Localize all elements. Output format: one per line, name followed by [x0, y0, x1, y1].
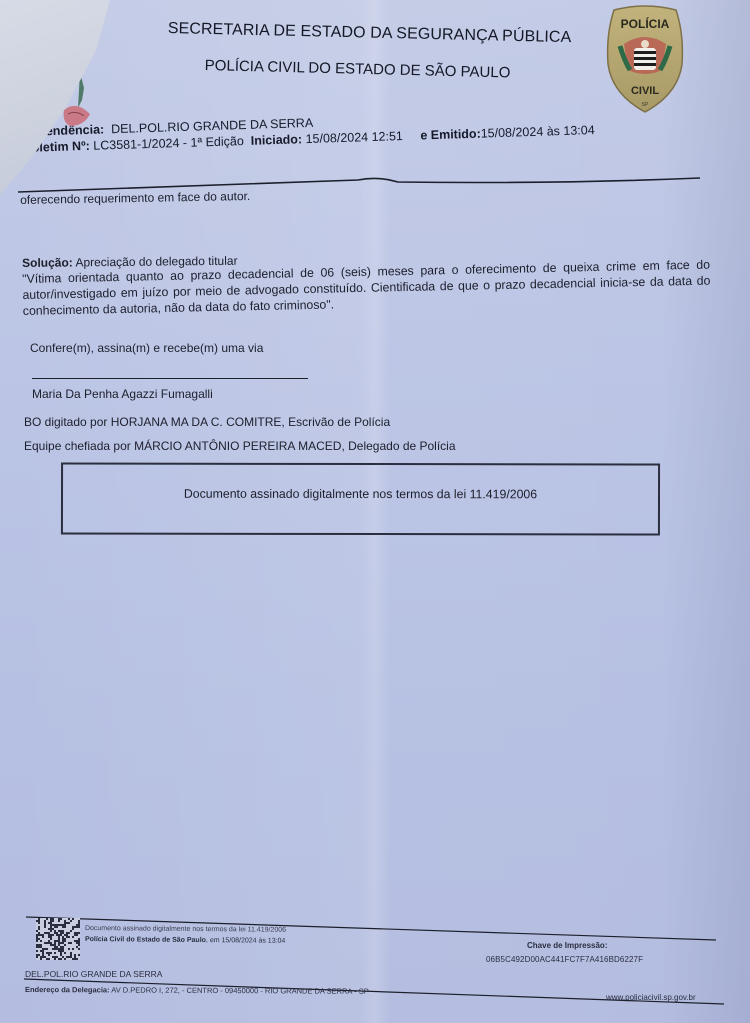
footer-issuer-name: Polícia Civil do Estado de São Paulo	[85, 936, 206, 944]
footer-address-label: Endereço da Delegacia:	[25, 985, 110, 994]
print-key-label: Chave de Impressão:	[527, 941, 607, 950]
print-key-value: 06B5C492D00AC441FC7F7A416BD6227F	[486, 955, 643, 964]
solucao-label: Solução:	[22, 255, 73, 270]
svg-text:SP: SP	[642, 102, 649, 108]
footer-address: Endereço da Delegacia: AV D.PEDRO I, 272…	[25, 985, 369, 996]
digital-signature-text: Documento assinado digitalmente nos term…	[184, 487, 537, 502]
footer-website-link[interactable]: www.policiacivil.sp.gov.br	[606, 993, 696, 1002]
iniciado-label: Iniciado:	[250, 132, 302, 148]
signature-line	[32, 378, 308, 379]
footer-issuer-date: , em 15/08/2024 às 13:04	[206, 937, 285, 945]
qr-code-icon	[36, 918, 80, 960]
typed-by: BO digitado por HORJANA MA DA C. COMITRE…	[24, 415, 390, 429]
confere-text: Confere(m), assina(m) e recebe(m) uma vi…	[30, 341, 263, 355]
emitido-label: e Emitido:	[420, 127, 481, 143]
emitido-value: 15/08/2024 às 13:04	[481, 123, 595, 141]
digital-signature-box: Documento assinado digitalmente nos term…	[61, 462, 660, 535]
svg-text:POLÍCIA: POLÍCIA	[621, 16, 670, 31]
team-chief: Equipe chefiada por MÁRCIO ANTÔNIO PEREI…	[24, 439, 456, 453]
iniciado-value: 15/08/2024 12:51	[305, 129, 403, 146]
footer-address-value: AV D.PEDRO I, 272, - CENTRO - 09450000 -…	[111, 985, 368, 995]
signer-name: Maria Da Penha Agazzi Fumagalli	[32, 387, 213, 401]
police-badge-icon: POLÍCIA CIVIL SP	[602, 4, 688, 114]
svg-text:CIVIL: CIVIL	[631, 85, 659, 97]
